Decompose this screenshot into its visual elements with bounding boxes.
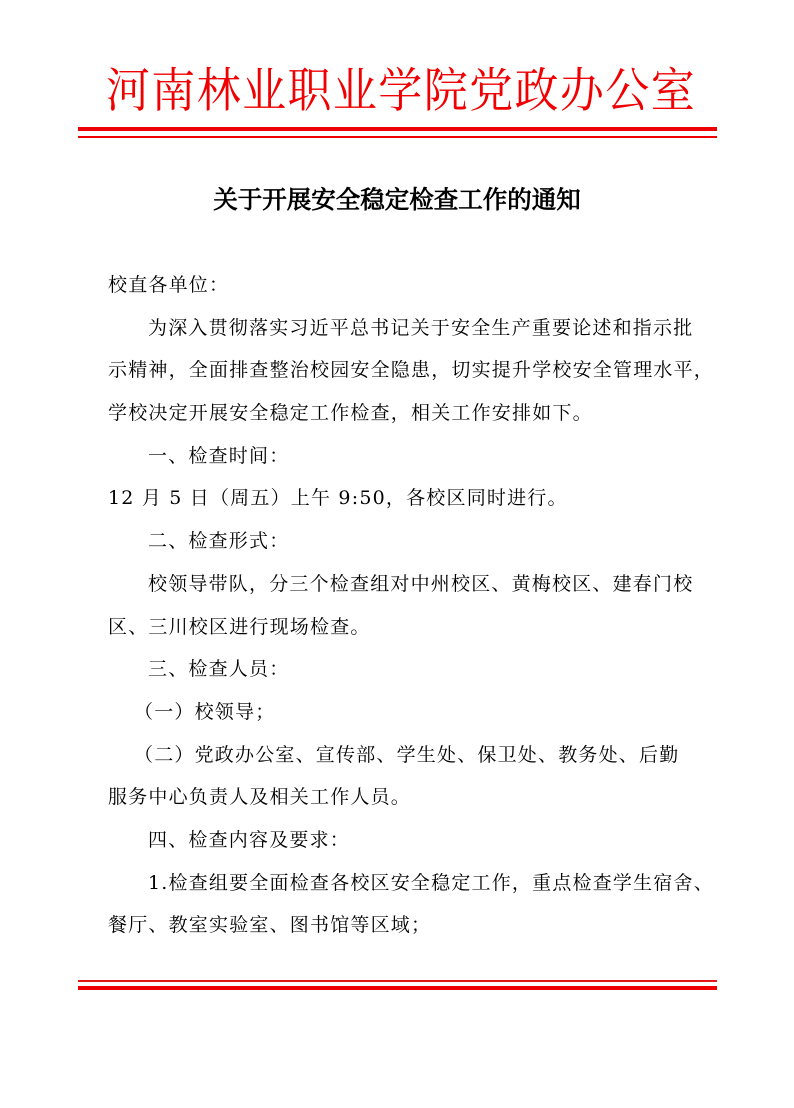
- document-title: 关于开展安全稳定检查工作的通知: [0, 180, 794, 220]
- section-heading-format: 二、检查形式：: [108, 520, 708, 563]
- list-item: （一）校领导；: [108, 691, 708, 734]
- section-heading-content: 四、检查内容及要求：: [108, 819, 708, 862]
- footer-rule-thick: [78, 986, 717, 990]
- document-body: 校直各单位： 为深入贯彻落实习近平总书记关于安全生产重要论述和指示批 示精神，全…: [108, 264, 708, 947]
- section-heading-time: 一、检查时间：: [108, 435, 708, 478]
- paragraph-line: 学校决定开展安全稳定工作检查，相关工作安排如下。: [108, 392, 708, 435]
- paragraph-line: 校领导带队，分三个检查组对中州校区、黄梅校区、建春门校: [108, 563, 708, 606]
- paragraph-line: 服务中心负责人及相关工作人员。: [108, 776, 708, 819]
- list-item: （二）党政办公室、宣传部、学生处、保卫处、教务处、后勤: [108, 734, 708, 777]
- section-heading-personnel: 三、检查人员：: [108, 648, 708, 691]
- letterhead-org-name: 河南林业职业学院党政办公室: [100, 62, 702, 122]
- letterhead-rule-thin: [78, 136, 717, 138]
- footer-rule-thin: [78, 980, 717, 982]
- paragraph-line: 12 月 5 日（周五）上午 9:50，各校区同时进行。: [108, 477, 708, 520]
- list-item: 1.检查组要全面检查各校区安全稳定工作，重点检查学生宿舍、: [108, 862, 708, 905]
- letterhead-rule-thick: [78, 127, 717, 131]
- salutation: 校直各单位：: [108, 264, 708, 307]
- paragraph-line: 示精神，全面排查整治校园安全隐患，切实提升学校安全管理水平，: [108, 349, 708, 392]
- document-page: 河南林业职业学院党政办公室 关于开展安全稳定检查工作的通知 校直各单位： 为深入…: [0, 0, 794, 1108]
- paragraph-line: 餐厅、教室实验室、图书馆等区域；: [108, 904, 708, 947]
- paragraph-line: 区、三川校区进行现场检查。: [108, 606, 708, 649]
- paragraph-line: 为深入贯彻落实习近平总书记关于安全生产重要论述和指示批: [108, 307, 708, 350]
